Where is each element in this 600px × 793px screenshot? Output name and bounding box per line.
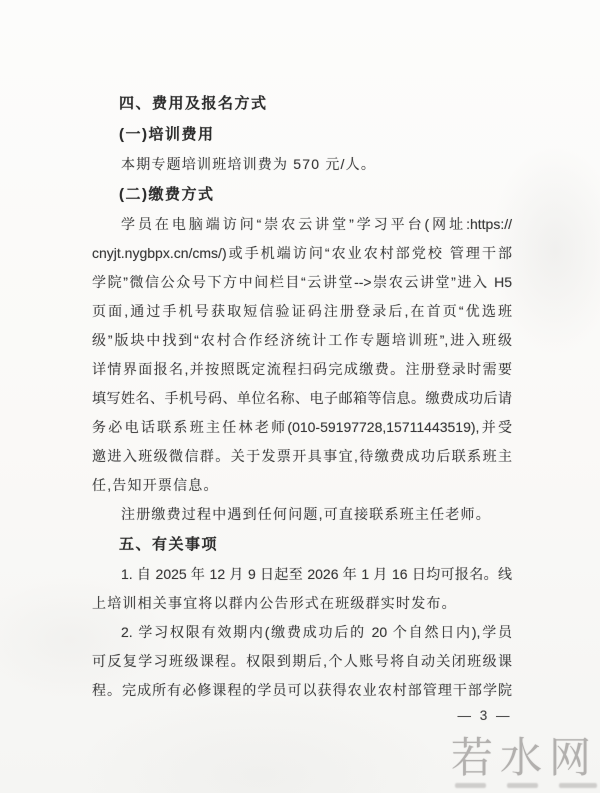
text-line: 任,告知开票信息。 <box>92 471 512 500</box>
text-line: 本期专题培训班培训费为 570 元/人。 <box>92 150 512 179</box>
text-line: 程。完成所有必修课程的学员可以获得农业农村部管理干部学院 <box>92 676 512 705</box>
section-heading: (二)缴费方式 <box>92 179 512 210</box>
watermark-subtext-smudge <box>559 783 597 788</box>
text-line: 级”版块中找到“农村合作经济统计工作专题培训班”,进入班级 <box>92 326 512 355</box>
document-body: 四、费用及报名方式(一)培训费用本期专题培训班培训费为 570 元/人。(二)缴… <box>92 88 512 705</box>
watermark-text: 若水网 <box>451 735 600 781</box>
scanned-document-page: { "page": { "background": "#f9f9f7", "te… <box>0 0 600 793</box>
section-heading: (一)培训费用 <box>92 119 512 150</box>
watermark: 若水网 <box>451 735 600 781</box>
text-line: cnyjt.nygbpx.cn/cms/)或手机端访问“农业农村部党校 管理干部 <box>92 239 512 268</box>
text-line: 填写姓名、手机号码、单位名称、电子邮箱等信息。缴费成功后请 <box>92 384 512 413</box>
text-line: 详情界面报名,并按照既定流程扫码完成缴费。注册登录时需要 <box>92 355 512 384</box>
section-heading: 五、有关事项 <box>92 529 512 560</box>
text-line: 页面,通过手机号获取短信验证码注册登录后,在首页“优选班 <box>92 297 512 326</box>
text-line: 上培训相关事宜将以群内公告形式在班级群实时发布。 <box>92 589 512 618</box>
text-line: 1. 自 2025 年 12 月 9 日起至 2026 年 1 月 16 日均可… <box>92 560 512 589</box>
text-line: 可反复学习班级课程。权限到期后,个人账号将自动关闭班级课 <box>92 647 512 676</box>
watermark-subtext-smudge <box>455 783 486 788</box>
text-line: 学院”微信公众号下方中间栏目“云讲堂-->崇农云讲堂”进入 H5 <box>92 268 512 297</box>
section-heading: 四、费用及报名方式 <box>92 88 512 119</box>
text-line: 注册缴费过程中遇到任何问题,可直接联系班主任老师。 <box>92 500 512 529</box>
text-line: 务必电话联系班主任林老师(010-59197728,15711443519),并… <box>92 413 512 442</box>
text-line: 2. 学习权限有效期内(缴费成功后的 20 个自然日内),学员 <box>92 618 512 647</box>
watermark-subtext-smudge <box>507 783 538 788</box>
watermark-subtext <box>455 783 597 788</box>
text-line: 学员在电脑端访问“崇农云讲堂”学习平台(网址:https:// <box>92 210 512 239</box>
page-number: — 3 — <box>457 708 512 723</box>
text-line: 邀进入班级微信群。关于发票开具事宜,待缴费成功后联系班主 <box>92 442 512 471</box>
